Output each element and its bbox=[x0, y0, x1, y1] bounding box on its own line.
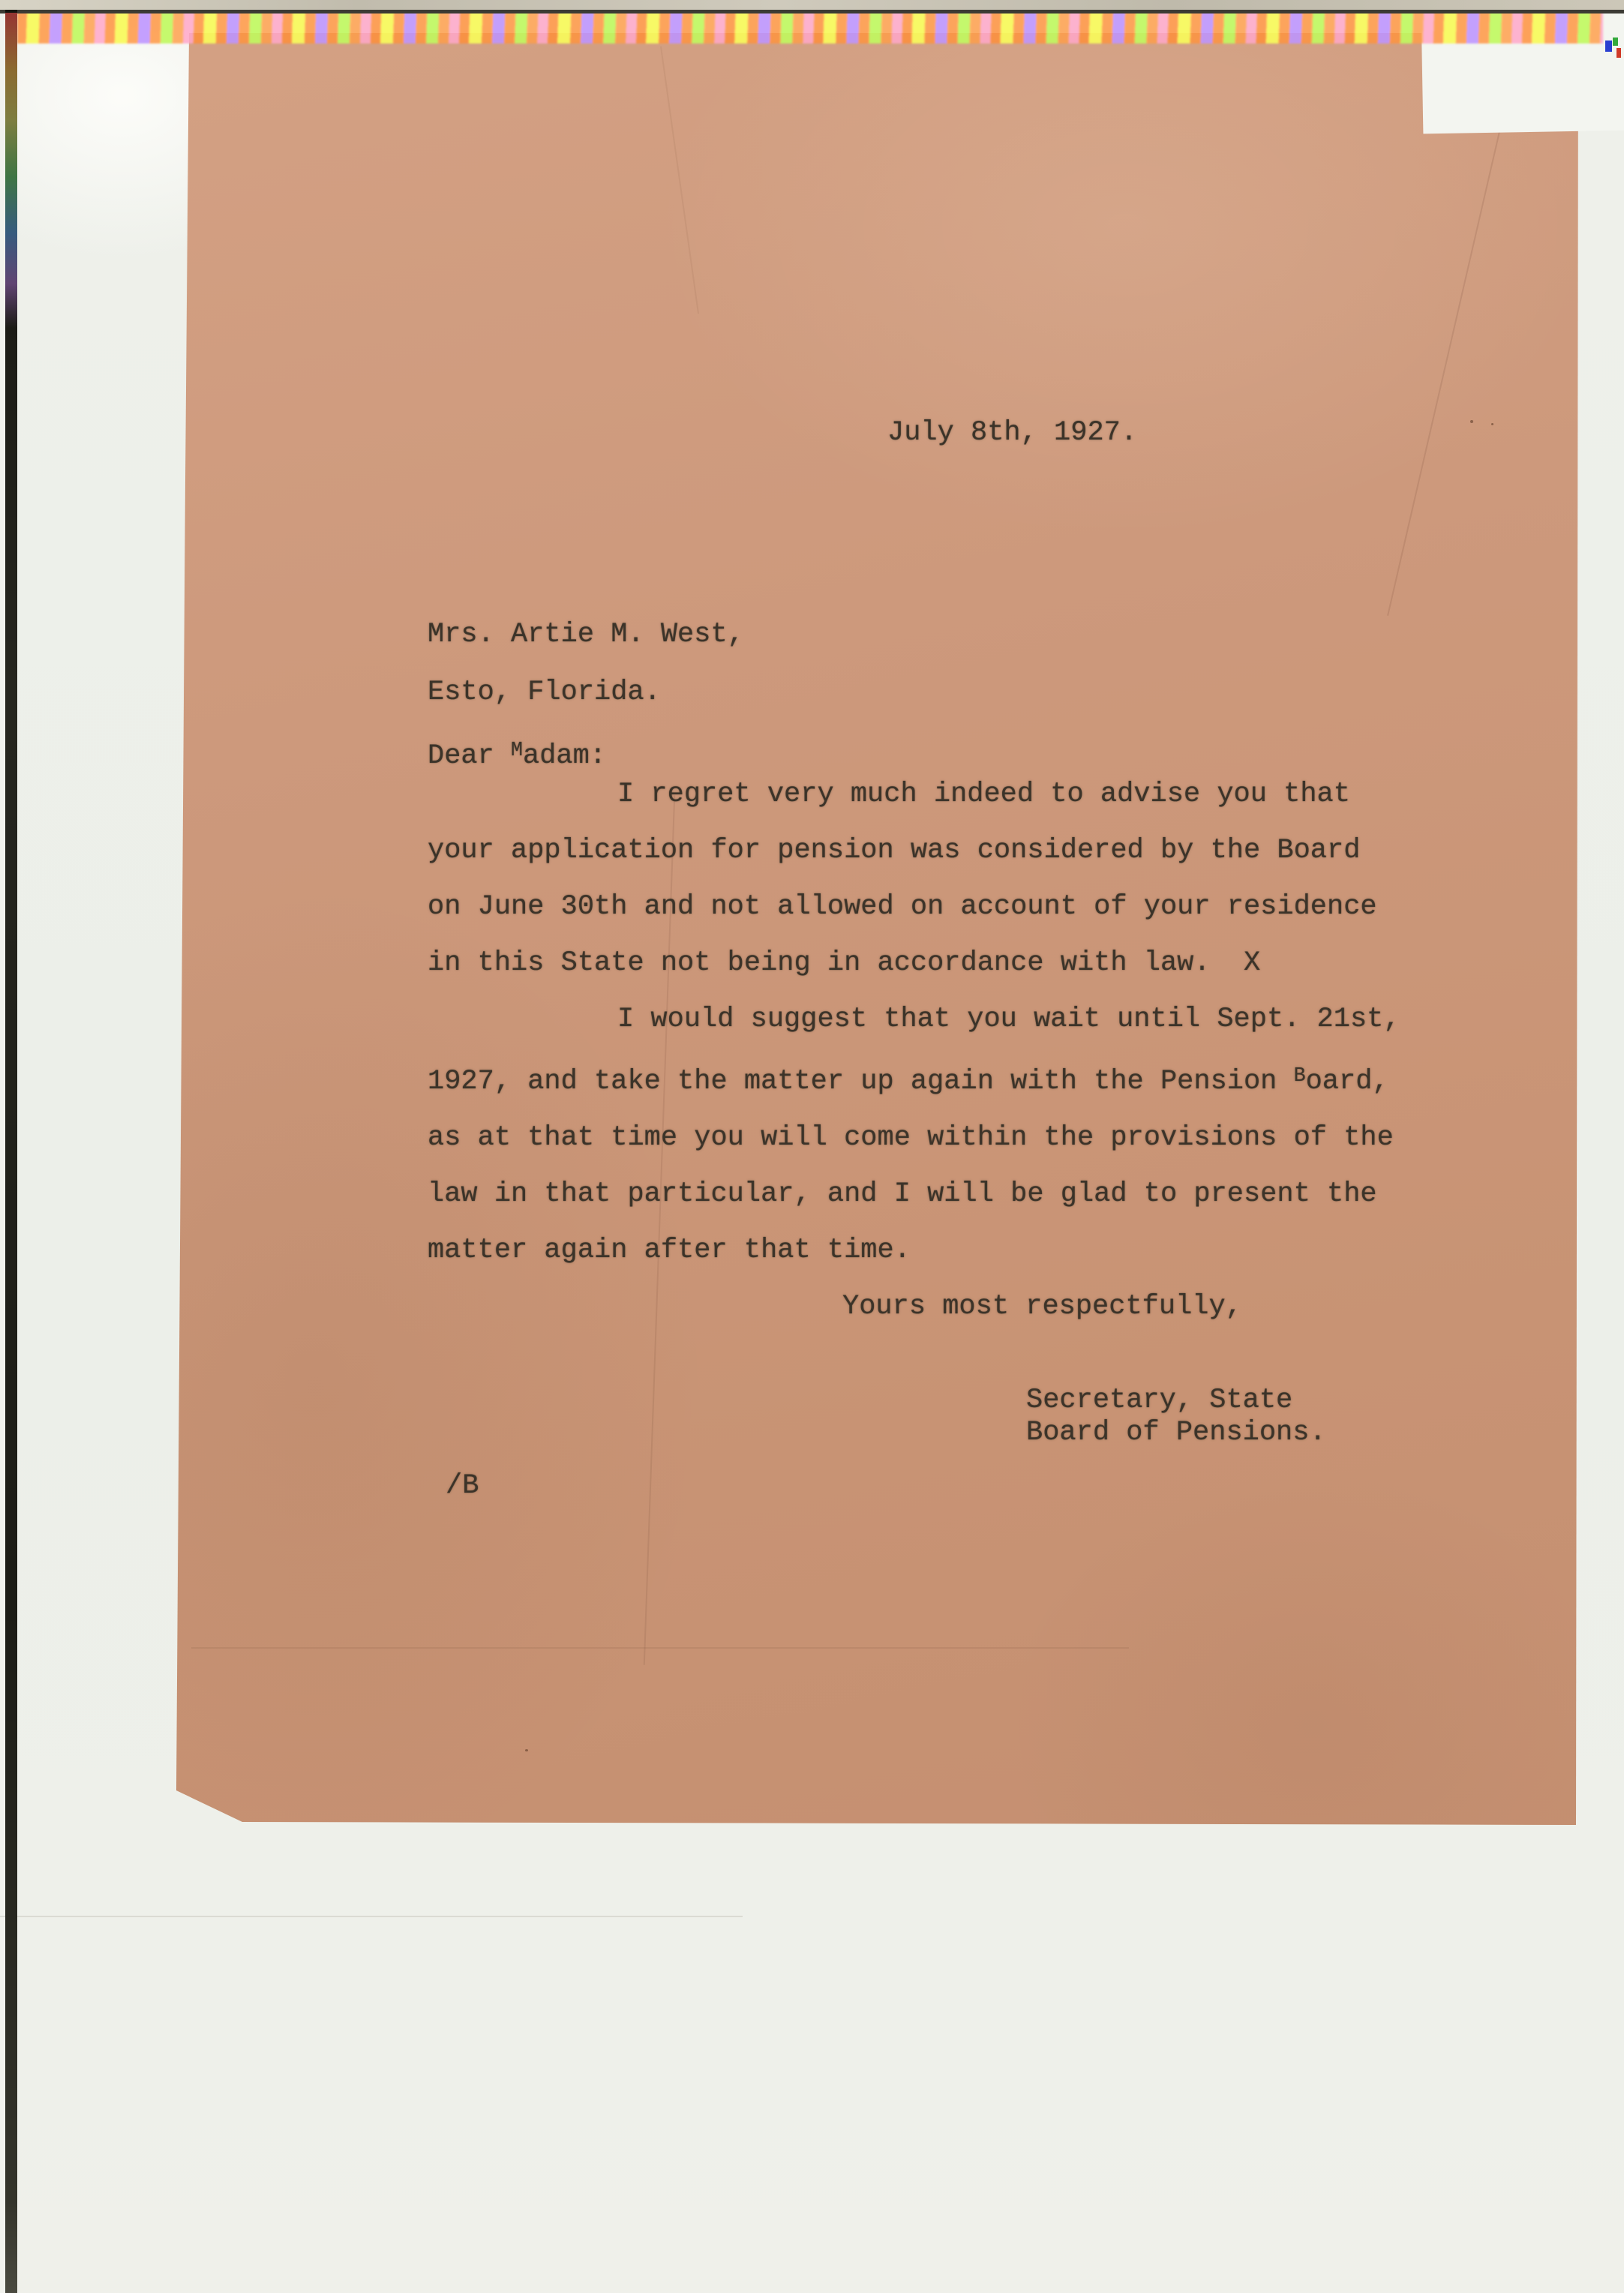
letter-line: 1927, and take the matter up again with … bbox=[428, 1048, 1418, 1110]
color-film-strip bbox=[17, 12, 1603, 44]
scanner-top-line bbox=[0, 10, 1624, 14]
film-edge-bar bbox=[5, 10, 17, 2293]
color-speck bbox=[1605, 41, 1612, 52]
color-speck bbox=[1616, 48, 1621, 58]
address-line: Mrs. Artie M. West, bbox=[428, 606, 744, 664]
text-segment: in this State not being in accordance wi… bbox=[428, 947, 1260, 979]
signature-line: Board of Pensions. bbox=[1026, 1417, 1326, 1449]
letter-content: July 8th, 1927. Mrs. Artie M. West,Esto,… bbox=[0, 0, 1624, 2293]
scanner-top-band bbox=[0, 0, 1624, 10]
text-segment: your application for pension was conside… bbox=[428, 835, 1360, 866]
text-segment: Mrs. Artie M. West, bbox=[428, 619, 744, 650]
address-line: Esto, Florida. bbox=[428, 664, 744, 722]
letter-line: in this State not being in accordance wi… bbox=[428, 935, 1418, 992]
letter-line: I would suggest that you wait until Sept… bbox=[428, 992, 1418, 1048]
recipient-address: Mrs. Artie M. West,Esto, Florida.Dear Ma… bbox=[428, 606, 744, 785]
text-segment: 1927, and take the matter up again with … bbox=[428, 1066, 1294, 1097]
letter-line: on June 30th and not allowed on account … bbox=[428, 879, 1418, 935]
text-segment: Yours most respectfully, bbox=[842, 1291, 1242, 1322]
letter-line: as at that time you will come within the… bbox=[428, 1110, 1418, 1166]
raised-letter: B bbox=[1294, 1064, 1306, 1087]
raised-letter: M bbox=[511, 739, 523, 761]
signature-line: Secretary, State bbox=[1026, 1385, 1326, 1417]
text-segment: matter again after that time. bbox=[428, 1235, 911, 1266]
text-segment: I would suggest that you wait until Sept… bbox=[617, 1004, 1400, 1035]
scanned-letter-page: July 8th, 1927. Mrs. Artie M. West,Esto,… bbox=[0, 0, 1624, 2293]
text-segment: Secretary, State bbox=[1026, 1385, 1292, 1416]
letter-line: your application for pension was conside… bbox=[428, 823, 1418, 879]
letter-line: I regret very much indeed to advise you … bbox=[428, 767, 1418, 823]
text-segment: oard, bbox=[1306, 1066, 1389, 1097]
text-segment: on June 30th and not allowed on account … bbox=[428, 891, 1377, 923]
text-segment: I regret very much indeed to advise you … bbox=[617, 779, 1350, 810]
film-edge-shimmer bbox=[5, 13, 17, 328]
closing-line: Yours most respectfully, bbox=[428, 1279, 1418, 1335]
letter-body: I regret very much indeed to advise you … bbox=[428, 767, 1418, 1335]
letter-date: July 8th, 1927. bbox=[887, 405, 1137, 461]
text-segment: Esto, Florida. bbox=[428, 677, 661, 708]
letter-line: matter again after that time. bbox=[428, 1223, 1418, 1279]
color-speck bbox=[1613, 38, 1618, 46]
film-strip-end-marks bbox=[1604, 32, 1624, 62]
letter-line: law in that particular, and I will be gl… bbox=[428, 1166, 1418, 1223]
text-segment: as at that time you will come within the… bbox=[428, 1122, 1394, 1154]
signature-block: Secretary, StateBoard of Pensions. bbox=[1026, 1385, 1326, 1449]
typist-initials: /B bbox=[446, 1458, 479, 1514]
text-segment: Board of Pensions. bbox=[1026, 1417, 1326, 1448]
text-segment: law in that particular, and I will be gl… bbox=[428, 1178, 1377, 1210]
